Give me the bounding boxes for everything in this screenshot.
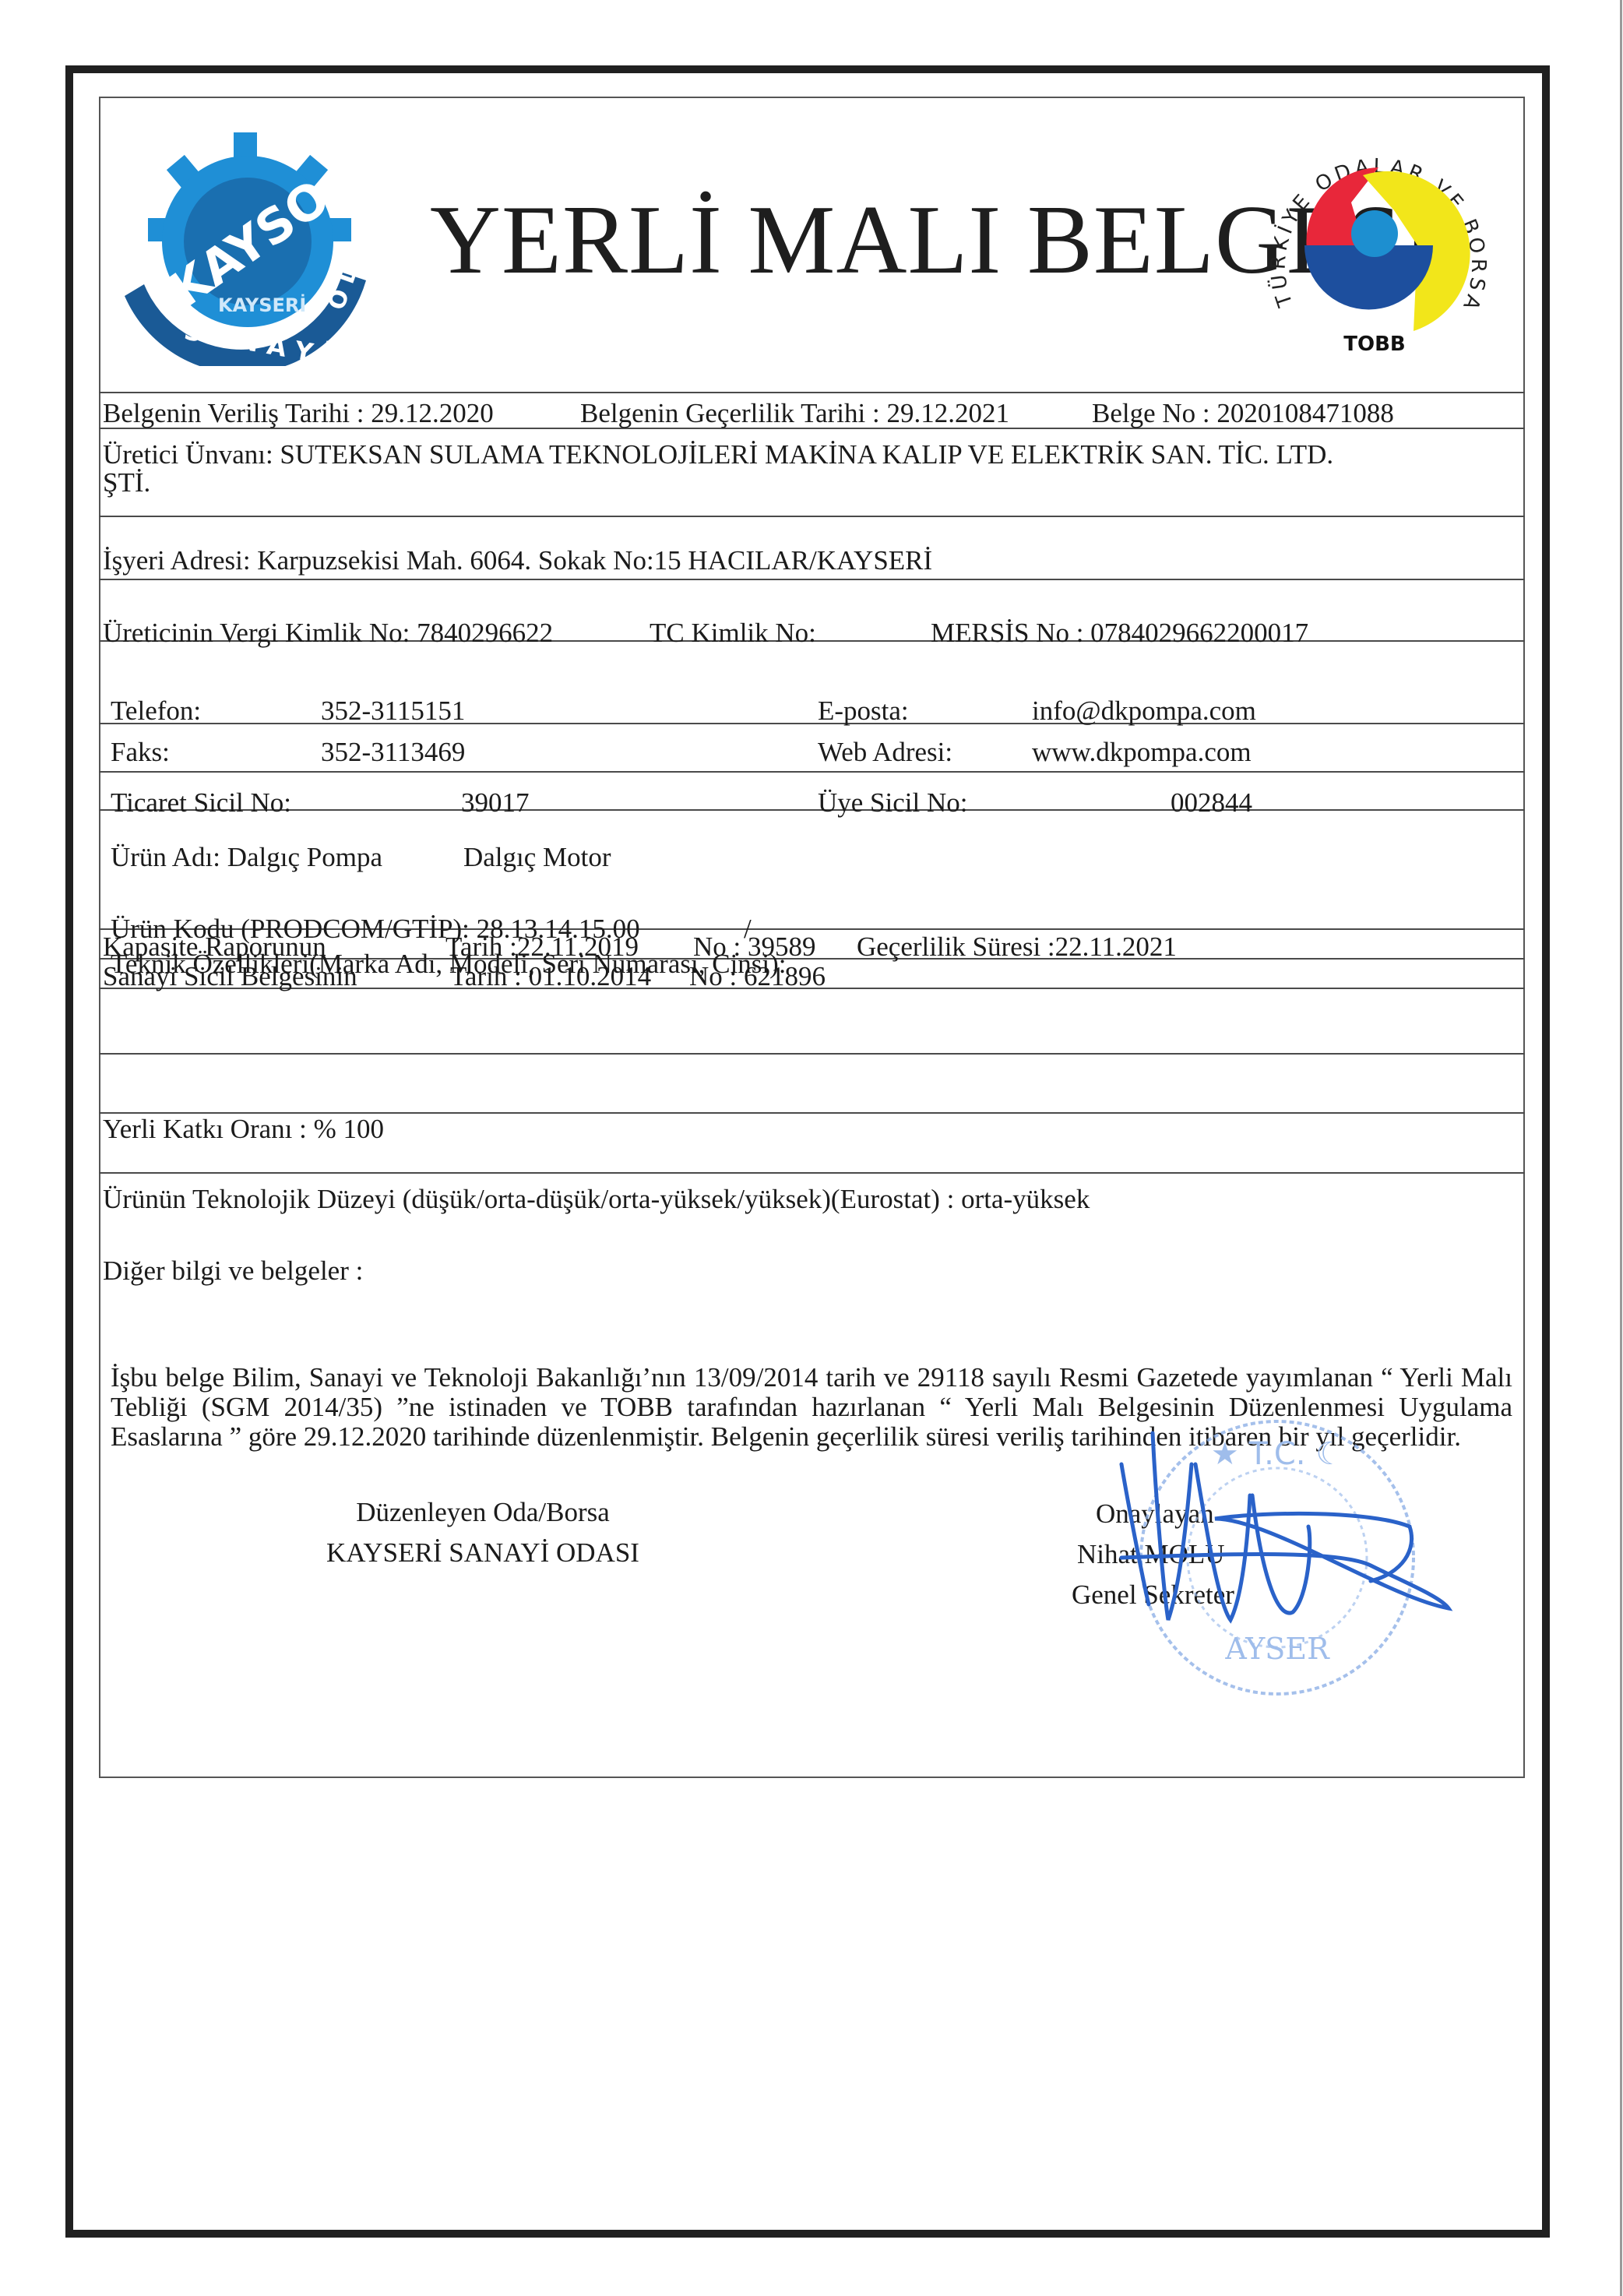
email-label: E-posta: <box>818 695 909 727</box>
other-info: Diğer bilgi ve belgeler : <box>103 1255 363 1287</box>
member-registry-label: Üye Sicil No: <box>818 787 967 819</box>
row-divider <box>99 723 1525 724</box>
issue-date: Belgenin Veriliş Tarihi : 29.12.2020 <box>103 398 494 429</box>
phone-label: Telefon: <box>111 695 201 727</box>
web-value: www.dkpompa.com <box>1032 737 1252 768</box>
tobb-logo-icon: TÜRKİYE ODALAR VE BORSALAR BİRLİĞİ TOBB <box>1246 109 1503 374</box>
capacity-report-date: Tarih :22.11.2019 <box>445 931 639 963</box>
web-label: Web Adresi: <box>818 737 952 768</box>
producer-title: Üretici Ünvanı: SUTEKSAN SULAMA TEKNOLOJ… <box>103 439 1333 470</box>
industry-registry-no: No : 621896 <box>689 961 826 992</box>
valid-date: Belgenin Geçerlilik Tarihi : 29.12.2021 <box>580 398 1009 429</box>
document-number: Belge No : 2020108471088 <box>1092 398 1394 429</box>
scan-edge-line <box>1620 0 1622 2296</box>
row-divider <box>99 579 1525 580</box>
phone-value: 352-3115151 <box>321 695 465 727</box>
product-name: Ürün Adı: Dalgıç Pompa <box>111 842 382 873</box>
capacity-report-validity: Geçerlilik Süresi :22.11.2021 <box>857 931 1177 963</box>
row-divider <box>99 392 1525 393</box>
email-value: info@dkpompa.com <box>1032 695 1256 727</box>
tc-id: TC Kimlik No: <box>650 618 816 649</box>
capacity-report-label: Kapasite Raporunun <box>103 931 326 963</box>
industry-registry-label: Sanayi Sicil Belgesinin <box>103 961 357 992</box>
row-divider <box>99 516 1525 517</box>
row-divider <box>99 771 1525 773</box>
tax-id: Üreticinin Vergi Kimlik No: 7840296622 <box>103 618 553 649</box>
row-divider <box>99 1053 1525 1055</box>
workplace-address: İşyeri Adresi: Karpuzsekisi Mah. 6064. S… <box>103 545 932 576</box>
technology-level: Ürünün Teknolojik Düzeyi (düşük/orta-düş… <box>103 1184 1090 1215</box>
trade-registry-no: 39017 <box>461 787 530 819</box>
capacity-report-no: No : 39589 <box>693 931 816 963</box>
product-name-2: Dalgıç Motor <box>463 842 611 873</box>
member-registry-no: 002844 <box>1171 787 1252 819</box>
signature-icon <box>1075 1417 1480 1651</box>
issuer-label: Düzenleyen Oda/Borsa <box>296 1497 670 1528</box>
trade-registry-label: Ticaret Sicil No: <box>111 787 291 819</box>
svg-text:TOBB: TOBB <box>1343 333 1405 356</box>
producer-title-cont: ŞTİ. <box>103 467 150 498</box>
kayso-logo-icon: KAYSO S A N A Y İ O D A S I KAYSERİ <box>109 117 389 366</box>
local-content-ratio: Yerli Katkı Oranı : % 100 <box>103 1114 384 1145</box>
row-divider <box>99 809 1525 811</box>
fax-value: 352-3113469 <box>321 737 465 768</box>
industry-registry-date: Tarih : 01.10.2014 <box>450 961 651 992</box>
issuer-name: KAYSERİ SANAYİ ODASI <box>265 1537 701 1569</box>
svg-text:KAYSERİ: KAYSERİ <box>218 294 306 316</box>
row-divider <box>99 1172 1525 1174</box>
fax-label: Faks: <box>111 737 170 768</box>
mersis-no: MERSİS No : 0784029662200017 <box>931 618 1308 649</box>
